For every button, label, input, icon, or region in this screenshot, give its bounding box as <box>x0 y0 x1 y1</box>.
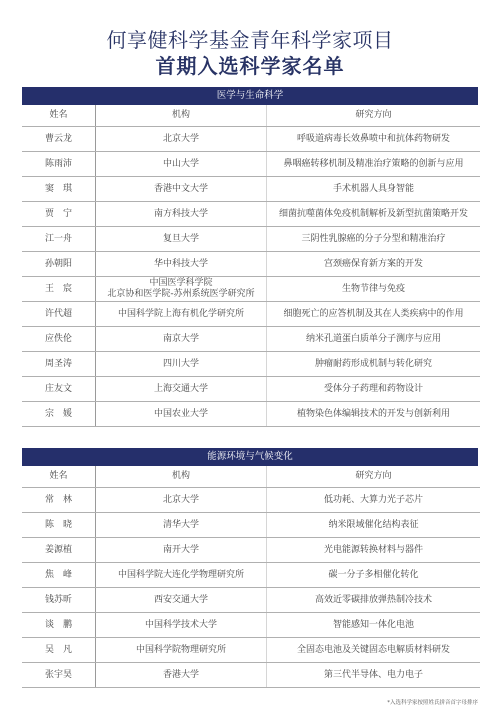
institution-line: 中国科学院物理研究所 <box>96 645 266 656</box>
scientist-name: 江一舟 <box>22 227 96 252</box>
scientist-name: 窦 琪 <box>22 177 96 202</box>
scientist-name: 周圣涛 <box>22 352 96 377</box>
institution: 华中科技大学 <box>96 252 267 277</box>
research-direction: 第三代半导体、电力电子 <box>267 663 481 688</box>
institution-line: 华中科技大学 <box>96 259 266 270</box>
table-row: 宗 媛中国农业大学植物染色体编辑技术的开发与创新利用 <box>22 402 480 427</box>
research-direction: 三阴性乳腺癌的分子分型和精准治疗 <box>267 227 481 252</box>
institution: 北京大学 <box>96 127 267 152</box>
institution-line: 中国科学院大连化学物理研究所 <box>96 570 266 581</box>
institution-line: 中国科学院上海有机化学研究所 <box>96 309 266 320</box>
institution: 中国科学院大连化学物理研究所 <box>96 563 267 588</box>
page-title: 何享健科学基金青年科学家项目 <box>0 24 500 53</box>
institution: 上海交通大学 <box>96 377 267 402</box>
table-row: 应佚伦南京大学纳米孔道蛋白质单分子测序与应用 <box>22 327 480 352</box>
scientist-name: 陈雨沛 <box>22 152 96 177</box>
table-row: 陈雨沛中山大学鼻咽癌转移机制及精准治疗策略的创新与应用 <box>22 152 480 177</box>
institution-line: 北京大学 <box>96 134 266 145</box>
institution-line: 复旦大学 <box>96 234 266 245</box>
table-row: 贾 宁南方科技大学细菌抗噬菌体免疫机制解析及新型抗菌策略开发 <box>22 202 480 227</box>
institution: 南京大学 <box>96 327 267 352</box>
scientist-table: 姓名 机构 研究方向 曹云龙北京大学呼吸道病毒长效鼻喷中和抗体药物研发陈雨沛中山… <box>22 105 480 427</box>
research-direction: 纳米限域催化结构表征 <box>267 513 481 538</box>
institution-line: 南开大学 <box>96 545 266 556</box>
institution: 南方科技大学 <box>96 202 267 227</box>
scientist-name: 姜源植 <box>22 538 96 563</box>
table-row: 王 宸中国医学科学院北京协和医学院-苏州系统医学研究所生物节律与免疫 <box>22 277 480 302</box>
institution: 香港中文大学 <box>96 177 267 202</box>
institution: 复旦大学 <box>96 227 267 252</box>
scientist-name: 陈 晓 <box>22 513 96 538</box>
column-header-institution: 机构 <box>96 105 267 127</box>
scientist-name: 孙朝阳 <box>22 252 96 277</box>
research-direction: 呼吸道病毒长效鼻喷中和抗体药物研发 <box>267 127 481 152</box>
column-header-name: 姓名 <box>22 466 96 488</box>
scientist-name: 钱苏昕 <box>22 588 96 613</box>
research-direction: 肿瘤耐药形成机制与转化研究 <box>267 352 481 377</box>
scientist-name: 宗 媛 <box>22 402 96 427</box>
institution: 中国医学科学院北京协和医学院-苏州系统医学研究所 <box>96 277 267 302</box>
institution-line: 中国科学技术大学 <box>96 620 266 631</box>
footnote: *入选科学家按照姓氏拼音首字母排序 <box>387 698 478 706</box>
table-row: 吴 凡中国科学院物理研究所全固态电池及关键固态电解质材料研发 <box>22 638 480 663</box>
table-row: 庄友文上海交通大学受体分子药理和药物设计 <box>22 377 480 402</box>
research-direction: 宫颈癌保育新方案的开发 <box>267 252 481 277</box>
research-direction: 高效近零碳排放弹热制冷技术 <box>267 588 481 613</box>
section-header: 能源环境与气候变化 <box>22 448 478 466</box>
institution-line: 上海交通大学 <box>96 384 266 395</box>
scientist-name: 应佚伦 <box>22 327 96 352</box>
research-direction: 光电能源转换材料与器件 <box>267 538 481 563</box>
institution: 北京大学 <box>96 488 267 513</box>
research-direction: 生物节律与免疫 <box>267 277 481 302</box>
table-row: 曹云龙北京大学呼吸道病毒长效鼻喷中和抗体药物研发 <box>22 127 480 152</box>
column-header-research: 研究方向 <box>267 466 481 488</box>
institution-line: 南方科技大学 <box>96 209 266 220</box>
page-subtitle: 首期入选科学家名单 <box>0 50 500 79</box>
institution: 西安交通大学 <box>96 588 267 613</box>
table-row: 焦 峰中国科学院大连化学物理研究所碳一分子多相催化转化 <box>22 563 480 588</box>
scientist-name: 焦 峰 <box>22 563 96 588</box>
scientist-table: 姓名 机构 研究方向 常 林北京大学低功耗、大算力光子芯片陈 晓清华大学纳米限域… <box>22 466 480 688</box>
table-row: 姜源植南开大学光电能源转换材料与器件 <box>22 538 480 563</box>
institution: 中国农业大学 <box>96 402 267 427</box>
institution-line-2: 北京协和医学院-苏州系统医学研究所 <box>96 289 266 300</box>
institution: 中国科学技术大学 <box>96 613 267 638</box>
table-row: 窦 琪香港中文大学手术机器人具身智能 <box>22 177 480 202</box>
scientist-name: 许代超 <box>22 302 96 327</box>
research-direction: 手术机器人具身智能 <box>267 177 481 202</box>
scientist-name: 王 宸 <box>22 277 96 302</box>
institution-line: 中国农业大学 <box>96 409 266 420</box>
research-direction: 纳米孔道蛋白质单分子测序与应用 <box>267 327 481 352</box>
research-direction: 细胞死亡的应答机制及其在人类疾病中的作用 <box>267 302 481 327</box>
research-direction: 低功耗、大算力光子芯片 <box>267 488 481 513</box>
institution: 清华大学 <box>96 513 267 538</box>
institution-line: 西安交通大学 <box>96 595 266 606</box>
research-direction: 植物染色体编辑技术的开发与创新利用 <box>267 402 481 427</box>
research-direction: 鼻咽癌转移机制及精准治疗策略的创新与应用 <box>267 152 481 177</box>
section-header: 医学与生命科学 <box>22 87 478 105</box>
research-direction: 受体分子药理和药物设计 <box>267 377 481 402</box>
table-row: 孙朝阳华中科技大学宫颈癌保育新方案的开发 <box>22 252 480 277</box>
scientist-name: 贾 宁 <box>22 202 96 227</box>
institution: 中国科学院上海有机化学研究所 <box>96 302 267 327</box>
research-direction: 细菌抗噬菌体免疫机制解析及新型抗菌策略开发 <box>267 202 481 227</box>
institution: 香港大学 <box>96 663 267 688</box>
research-direction: 智能感知一体化电池 <box>267 613 481 638</box>
table-row: 钱苏昕西安交通大学高效近零碳排放弹热制冷技术 <box>22 588 480 613</box>
table-row: 谈 鹏中国科学技术大学智能感知一体化电池 <box>22 613 480 638</box>
table-row: 常 林北京大学低功耗、大算力光子芯片 <box>22 488 480 513</box>
institution-line: 清华大学 <box>96 520 266 531</box>
institution: 中国科学院物理研究所 <box>96 638 267 663</box>
column-header-row: 姓名 机构 研究方向 <box>22 105 480 127</box>
institution: 中山大学 <box>96 152 267 177</box>
institution-line: 四川大学 <box>96 359 266 370</box>
column-header-name: 姓名 <box>22 105 96 127</box>
institution-line: 北京大学 <box>96 495 266 506</box>
institution: 南开大学 <box>96 538 267 563</box>
scientist-name: 常 林 <box>22 488 96 513</box>
scientist-name: 庄友文 <box>22 377 96 402</box>
column-header-institution: 机构 <box>96 466 267 488</box>
institution-line: 中山大学 <box>96 159 266 170</box>
section-medicine-life-science: 医学与生命科学 姓名 机构 研究方向 曹云龙北京大学呼吸道病毒长效鼻喷中和抗体药… <box>22 87 478 427</box>
column-header-row: 姓名 机构 研究方向 <box>22 466 480 488</box>
table-row: 陈 晓清华大学纳米限域催化结构表征 <box>22 513 480 538</box>
column-header-research: 研究方向 <box>267 105 481 127</box>
table-row: 江一舟复旦大学三阴性乳腺癌的分子分型和精准治疗 <box>22 227 480 252</box>
research-direction: 碳一分子多相催化转化 <box>267 563 481 588</box>
table-row: 许代超中国科学院上海有机化学研究所细胞死亡的应答机制及其在人类疾病中的作用 <box>22 302 480 327</box>
table-row: 张宇昊香港大学第三代半导体、电力电子 <box>22 663 480 688</box>
scientist-name: 谈 鹏 <box>22 613 96 638</box>
institution-line: 南京大学 <box>96 334 266 345</box>
institution-line: 香港中文大学 <box>96 184 266 195</box>
section-energy-climate: 能源环境与气候变化 姓名 机构 研究方向 常 林北京大学低功耗、大算力光子芯片陈… <box>22 448 478 688</box>
scientist-name: 吴 凡 <box>22 638 96 663</box>
scientist-name: 张宇昊 <box>22 663 96 688</box>
table-row: 周圣涛四川大学肿瘤耐药形成机制与转化研究 <box>22 352 480 377</box>
institution-line: 中国医学科学院 <box>96 278 266 289</box>
research-direction: 全固态电池及关键固态电解质材料研发 <box>267 638 481 663</box>
institution-line: 香港大学 <box>96 670 266 681</box>
institution: 四川大学 <box>96 352 267 377</box>
scientist-name: 曹云龙 <box>22 127 96 152</box>
